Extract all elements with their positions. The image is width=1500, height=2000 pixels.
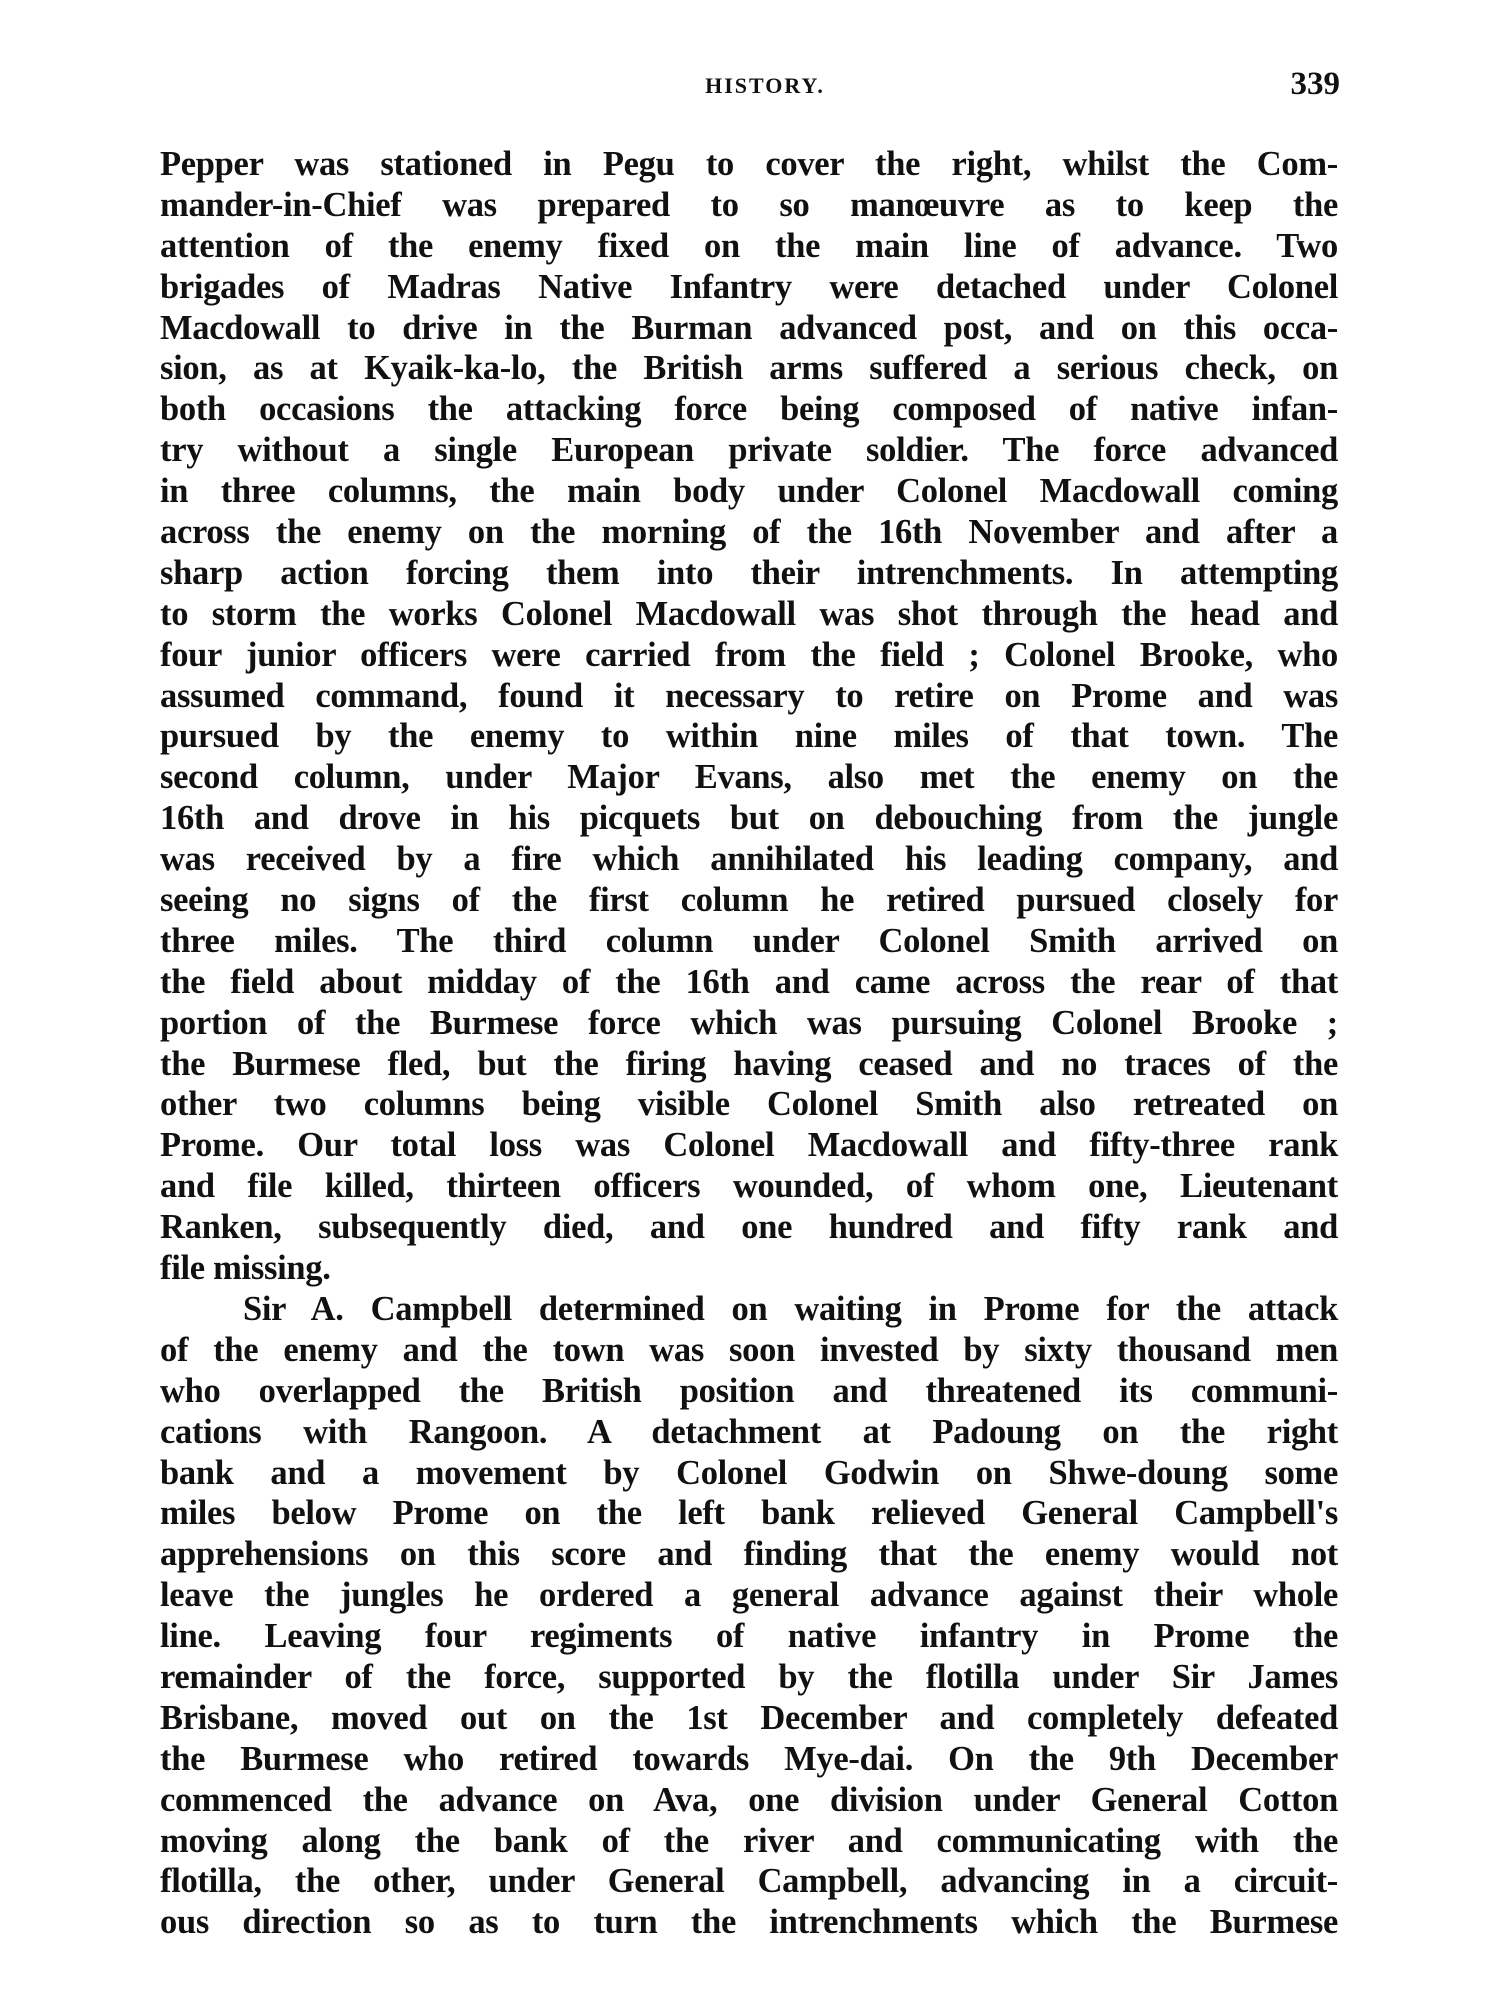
text-line: three miles. The third column under Colo… (160, 921, 1338, 962)
text-line: other two columns being visible Colonel … (160, 1084, 1338, 1125)
paragraph-1: Pepper was stationed in Pegu to cover th… (160, 144, 1338, 1289)
text-line: ous direction so as to turn the intrench… (160, 1902, 1338, 1943)
text-line: leave the jungles he ordered a general a… (160, 1575, 1338, 1616)
text-line: cations with Rangoon. A detachment at Pa… (160, 1412, 1338, 1453)
text-line: flotilla, the other, under General Campb… (160, 1861, 1338, 1902)
body-text: Pepper was stationed in Pegu to cover th… (160, 144, 1338, 1943)
running-header: HISTORY. 339 (160, 66, 1340, 106)
text-line: Sir A. Campbell determined on waiting in… (160, 1289, 1338, 1330)
text-line: brigades of Madras Native Infantry were … (160, 267, 1338, 308)
text-line: was received by a fire which annihilated… (160, 839, 1338, 880)
text-line: line. Leaving four regiments of native i… (160, 1616, 1338, 1657)
text-line: moving along the bank of the river and c… (160, 1821, 1338, 1862)
text-line: Brisbane, moved out on the 1st December … (160, 1698, 1338, 1739)
text-line: commenced the advance on Ava, one divisi… (160, 1780, 1338, 1821)
text-line: Prome. Our total loss was Colonel Macdow… (160, 1125, 1338, 1166)
text-line: remainder of the force, supported by the… (160, 1657, 1338, 1698)
text-line: pursued by the enemy to within nine mile… (160, 716, 1338, 757)
text-line: Macdowall to drive in the Burman advance… (160, 308, 1338, 349)
text-line: file missing. (160, 1248, 1338, 1289)
text-line: of the enemy and the town was soon inves… (160, 1330, 1338, 1371)
text-line: four junior officers were carried from t… (160, 635, 1338, 676)
text-line: portion of the Burmese force which was p… (160, 1003, 1338, 1044)
text-line: attention of the enemy fixed on the main… (160, 226, 1338, 267)
text-line: 16th and drove in his picquets but on de… (160, 798, 1338, 839)
text-line: in three columns, the main body under Co… (160, 471, 1338, 512)
running-title: HISTORY. (160, 66, 1340, 106)
paragraph-2: Sir A. Campbell determined on waiting in… (160, 1289, 1338, 1943)
text-line: and file killed, thirteen officers wound… (160, 1166, 1338, 1207)
text-line: Ranken, subsequently died, and one hundr… (160, 1207, 1338, 1248)
document-page: HISTORY. 339 Pepper was stationed in Peg… (0, 0, 1500, 2000)
text-line: second column, under Major Evans, also m… (160, 757, 1338, 798)
text-line: miles below Prome on the left bank relie… (160, 1493, 1338, 1534)
text-line: both occasions the attacking force being… (160, 389, 1338, 430)
text-line: who overlapped the British position and … (160, 1371, 1338, 1412)
text-line: across the enemy on the morning of the 1… (160, 512, 1338, 553)
text-line: the Burmese who retired towards Mye-dai.… (160, 1739, 1338, 1780)
text-line: seeing no signs of the first column he r… (160, 880, 1338, 921)
text-line: try without a single European private so… (160, 430, 1338, 471)
text-line: mander-in-Chief was prepared to so manœu… (160, 185, 1338, 226)
text-line: sion, as at Kyaik-ka-lo, the British arm… (160, 348, 1338, 389)
page-number: 339 (1291, 64, 1341, 104)
text-line: bank and a movement by Colonel Godwin on… (160, 1453, 1338, 1494)
text-line: the Burmese fled, but the firing having … (160, 1044, 1338, 1085)
text-line: sharp action forcing them into their int… (160, 553, 1338, 594)
text-line: apprehensions on this score and finding … (160, 1534, 1338, 1575)
text-line: Pepper was stationed in Pegu to cover th… (160, 144, 1338, 185)
text-line: assumed command, found it necessary to r… (160, 676, 1338, 717)
text-line: to storm the works Colonel Macdowall was… (160, 594, 1338, 635)
text-line: the field about midday of the 16th and c… (160, 962, 1338, 1003)
